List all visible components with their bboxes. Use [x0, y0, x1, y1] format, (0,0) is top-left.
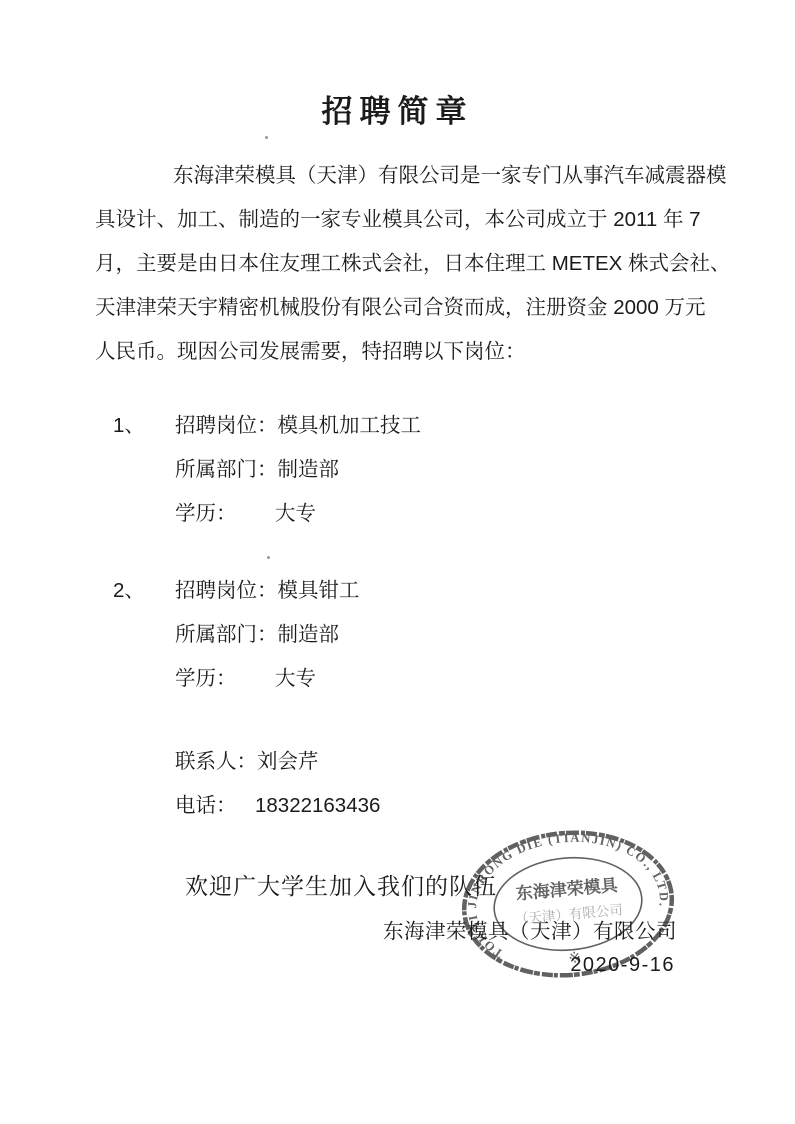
document-page: 招聘简章 东海津荣模具（天津）有限公司是一家专门从事汽车减震器模 具设计、加工、… — [0, 0, 795, 1124]
contact-info: 联系人：刘会芹 电话：18322163436 — [175, 740, 380, 828]
item-number: 1、 — [113, 404, 175, 448]
intro-paragraph: 东海津荣模具（天津）有限公司是一家专门从事汽车减震器模 具设计、加工、制造的一家… — [95, 154, 707, 374]
company-signature: 东海津荣模具（天津）有限公司 — [383, 914, 677, 944]
field-label: 联系人： — [175, 740, 257, 784]
position-row: 所属部门：制造部 — [113, 448, 421, 492]
contact-row: 电话：18322163436 — [175, 784, 380, 828]
position-row: 学历：大专 — [113, 492, 421, 536]
intro-line: 天津津荣天宇精密机械股份有限公司合资而成，注册资金 2000 万元 — [95, 286, 707, 330]
field-label: 电话： — [175, 784, 255, 828]
scan-speck — [265, 136, 268, 139]
field-value: 大专 — [275, 667, 316, 690]
position-item-1: 1、招聘岗位：模具机加工技工 所属部门：制造部 学历：大专 — [113, 404, 421, 536]
intro-line: 具设计、加工、制造的一家专业模具公司，本公司成立于 2011 年 7 — [95, 198, 707, 242]
field-value: 制造部 — [278, 458, 340, 481]
welcome-line: 欢迎广大学生加入我们的队伍 — [185, 868, 497, 901]
phone-number: 18322163436 — [255, 794, 380, 817]
field-value: 制造部 — [278, 623, 340, 646]
position-row: 2、招聘岗位：模具钳工 — [113, 569, 360, 613]
field-label: 招聘岗位： — [175, 569, 278, 613]
contact-person: 刘会芹 — [257, 750, 319, 773]
field-label: 学历： — [175, 492, 275, 536]
date: 2020-9-16 — [570, 954, 675, 977]
field-label: 学历： — [175, 657, 275, 701]
field-label: 所属部门： — [175, 613, 278, 657]
stamp-company-line1: 东海津荣模具 — [515, 875, 619, 904]
position-row: 1、招聘岗位：模具机加工技工 — [113, 404, 421, 448]
intro-line: 人民币。现因公司发展需要，特招聘以下岗位： — [95, 330, 707, 374]
intro-line: 东海津荣模具（天津）有限公司是一家专门从事汽车减震器模 — [95, 154, 707, 198]
position-row: 所属部门：制造部 — [113, 613, 360, 657]
field-label: 所属部门： — [175, 448, 278, 492]
item-number: 2、 — [113, 569, 175, 613]
contact-row: 联系人：刘会芹 — [175, 740, 380, 784]
field-value: 大专 — [275, 502, 316, 525]
field-label: 招聘岗位： — [175, 404, 278, 448]
position-row: 学历：大专 — [113, 657, 360, 701]
position-item-2: 2、招聘岗位：模具钳工 所属部门：制造部 学历：大专 — [113, 569, 360, 701]
scan-speck — [267, 556, 270, 559]
field-value: 模具钳工 — [278, 579, 360, 602]
intro-line: 月，主要是由日本住友理工株式会社，日本住理工 METEX 株式会社、 — [95, 242, 707, 286]
field-value: 模具机加工技工 — [278, 414, 422, 437]
page-title: 招聘简章 — [0, 86, 795, 131]
